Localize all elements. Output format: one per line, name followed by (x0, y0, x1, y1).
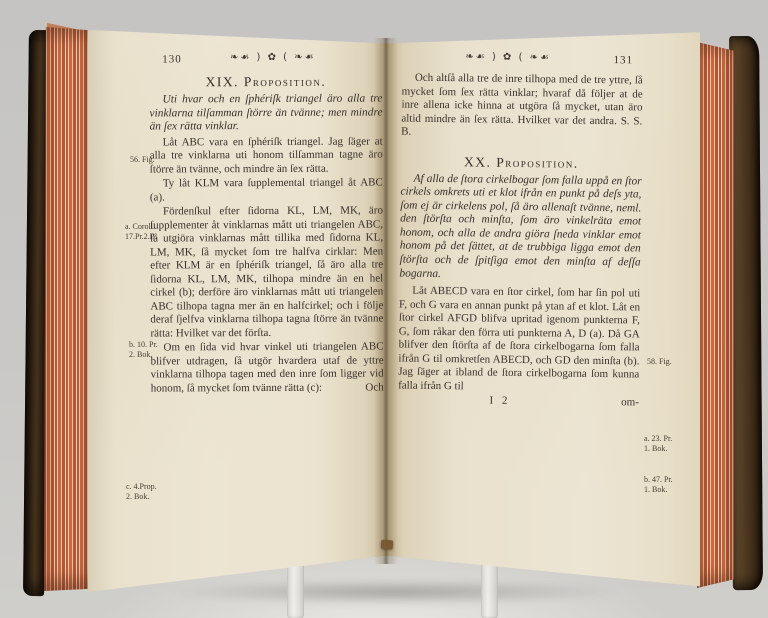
margin-note-line: 58. Fig. (647, 357, 672, 367)
body-paragraph: Låt ABC vara en ſphériſk triangel. Jag ſ… (150, 135, 383, 177)
right-page-text: ❧☙ ) ✿ ( ❧☙ 131 Och altſå alla tre de in… (398, 51, 643, 412)
body-paragraph: Ty låt KLM vara ſupplemental triangel åt… (150, 177, 383, 205)
stand-post-right (481, 558, 498, 618)
gathering-signature: I 2 (489, 395, 510, 407)
margin-note-line: c. 4.Prop. (126, 482, 157, 492)
left-page-text: 130 ❧☙ ) ✿ ( ❧☙ XIX. Proposition. Uti hv… (149, 51, 384, 396)
leather-board-right (729, 36, 763, 590)
sprinkled-fore-edge-right (697, 42, 734, 588)
running-header: ❧☙ ) ✿ ( ❧☙ 131 (402, 51, 643, 71)
body-paragraph: Låt ABECD vara en ſtor cirkel, ſom har ſ… (398, 285, 640, 396)
body-paragraph: Fördenſkul efter ſidorna KL, LM, MK, äro… (150, 205, 384, 341)
page-number: 130 (162, 53, 182, 65)
header-ornament-icon: ❧☙ ) ✿ ( ❧☙ (465, 51, 551, 63)
stand-post-left (287, 562, 304, 618)
sprinkled-fore-edge-left (44, 27, 91, 591)
margin-note: c. 4.Prop. 2. Bok. (126, 482, 157, 501)
margin-note-line: a. 23. Pr. (644, 434, 672, 444)
book-photo-scene: 56. Fig. a. Coroll. 17.Pr.2.B. b. 10. Pr… (0, 0, 768, 618)
body-paragraph: Och altſå alla tre de inre tilhopa med d… (401, 72, 643, 142)
paragraph-text: Om en ſida vid hvar vinkel uti triangele… (151, 341, 384, 395)
signature-line: I 2 om- (398, 394, 639, 412)
proposition-statement: Af alla de ſtora cirkelbogar ſom falla u… (399, 172, 641, 284)
body-paragraph: Om en ſida vid hvar vinkel uti triangele… (151, 341, 384, 396)
proposition-statement: Uti hvar och en ſphériſk triangel äro al… (149, 92, 382, 134)
margin-note: 58. Fig. (647, 357, 672, 367)
margin-note-line: b. 47. Pr. (644, 475, 673, 485)
header-ornament-icon: ❧☙ ) ✿ ( ❧☙ (230, 52, 316, 63)
margin-note-line: 2. Bok. (126, 492, 157, 502)
margin-note: b. 47. Pr. 1. Bok. (644, 475, 673, 494)
catchword: Och (352, 381, 383, 395)
gutter-foot-mark (381, 540, 394, 550)
margin-note-line: 1. Bok. (644, 444, 672, 454)
catchword: om- (621, 396, 639, 408)
proposition-heading: XIX. Proposition. (149, 73, 382, 90)
margin-note: a. 23. Pr. 1. Bok. (644, 434, 672, 453)
proposition-heading: XX. Proposition. (401, 153, 642, 172)
page-number: 131 (614, 54, 634, 66)
running-header: 130 ❧☙ ) ✿ ( ❧☙ (149, 51, 382, 69)
margin-note-line: 1. Bok. (644, 485, 673, 495)
